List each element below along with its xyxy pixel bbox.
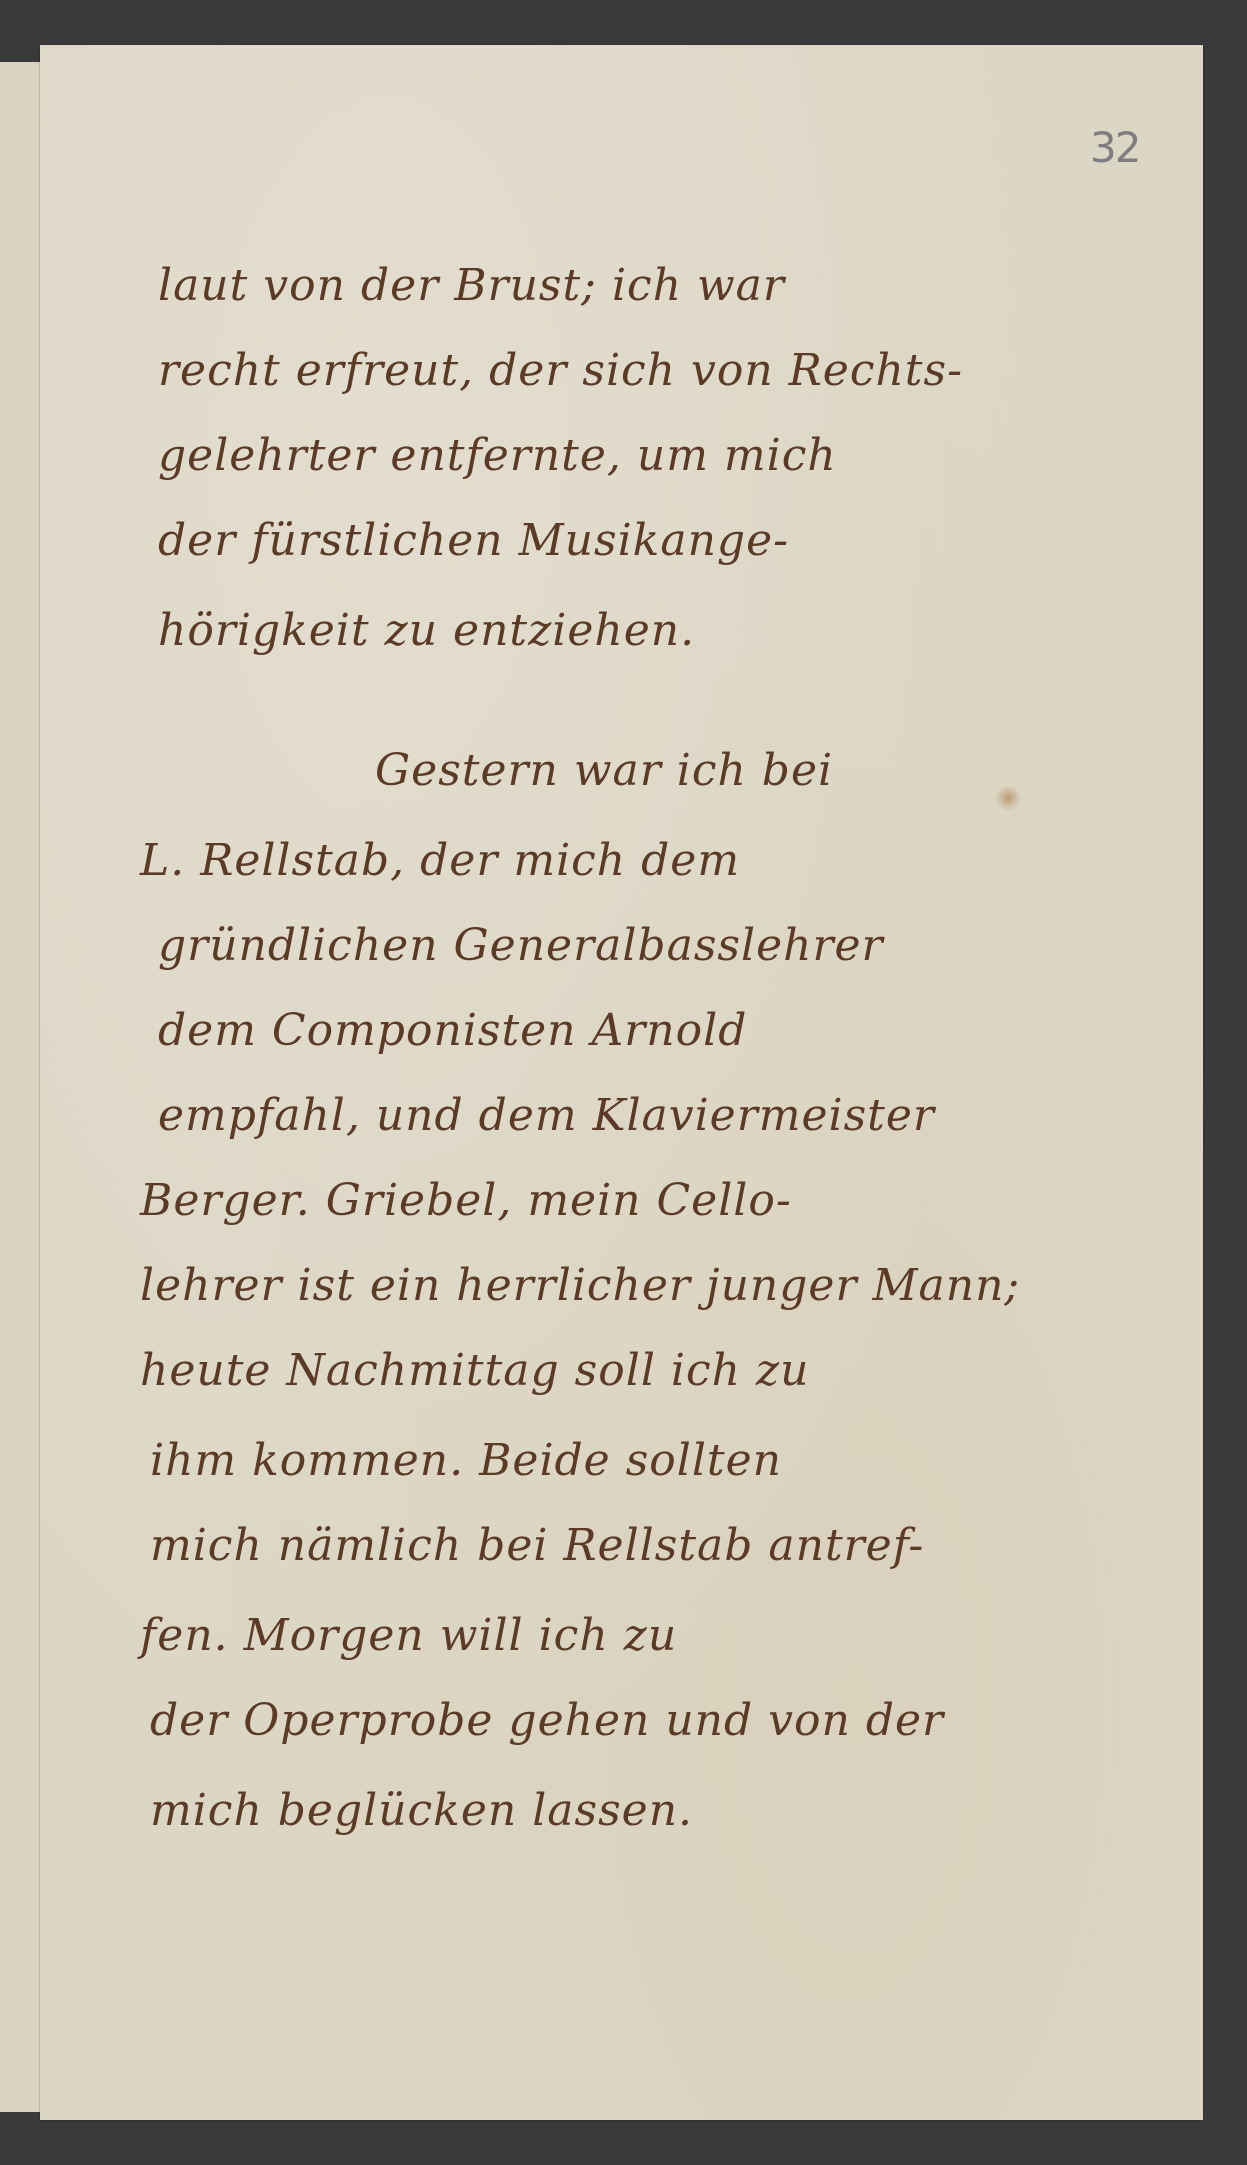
manuscript-page: 32 laut von der Brust; ich war recht erf… <box>40 45 1203 2120</box>
text-line: lehrer ist ein herrlicher junger Mann; <box>140 1260 1020 1311</box>
text-line: hörigkeit zu entziehen. <box>158 605 695 656</box>
text-line: Berger. Griebel, mein Cello- <box>140 1175 792 1226</box>
text-line: fen. Morgen will ich zu <box>140 1610 677 1661</box>
text-line: mich nämlich bei Rellstab antref- <box>150 1520 924 1571</box>
text-line: gelehrter entfernte, um mich <box>158 430 837 481</box>
previous-page-edge <box>0 62 42 2112</box>
text-line: der Operprobe gehen und von der <box>150 1695 944 1746</box>
text-line: heute Nachmittag soll ich zu <box>140 1345 809 1396</box>
text-line: empfahl, und dem Klaviermeister <box>158 1090 935 1141</box>
text-line: L. Rellstab, der mich dem <box>140 835 740 886</box>
folio-number: 32 <box>1090 123 1139 172</box>
text-line: dem Componisten Arnold <box>158 1005 747 1056</box>
text-line: der fürstlichen Musikange- <box>158 515 789 566</box>
text-line: gründlichen Generalbasslehrer <box>158 920 884 971</box>
ink-stain <box>995 785 1021 811</box>
text-line: laut von der Brust; ich war <box>158 260 785 311</box>
text-line: ihm kommen. Beide sollten <box>150 1435 782 1486</box>
text-line: mich beglücken lassen. <box>150 1785 693 1836</box>
text-line: recht erfreut, der sich von Rechts- <box>158 345 963 396</box>
text-line: Gestern war ich bei <box>375 745 833 796</box>
